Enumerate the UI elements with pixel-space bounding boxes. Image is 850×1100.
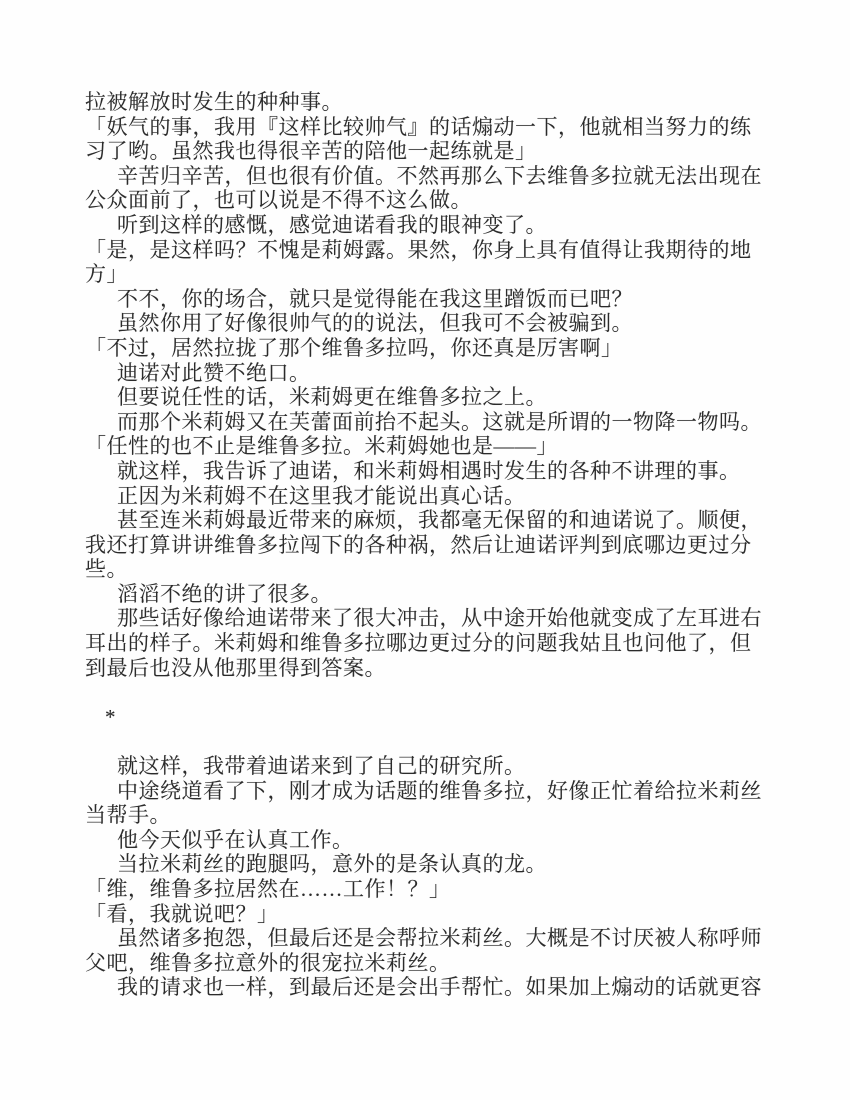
text-line: 不不，你的场合，就只是觉得能在我这里蹭饭而已吧？: [85, 287, 769, 312]
text-line: 方」: [85, 262, 769, 287]
text-line: 而那个米莉姆又在芙蕾面前抬不起头。这就是所谓的一物降一物吗。: [85, 410, 769, 435]
text-line: 「看，我就说吧？」: [85, 902, 769, 927]
text-line: 父吧，维鲁多拉意外的很宠拉米莉丝。: [85, 951, 769, 976]
text-line: 到最后也没从他那里得到答案。: [85, 656, 769, 681]
text-line: 当帮手。: [85, 803, 769, 828]
text-line: 就这样，我告诉了迪诺，和米莉姆相遇时发生的各种不讲理的事。: [85, 459, 769, 484]
text-line: 习了哟。虽然我也得很辛苦的陪他一起练就是」: [85, 139, 769, 164]
text-line: 我还打算讲讲维鲁多拉闯下的各种祸，然后让迪诺评判到底哪边更过分: [85, 533, 769, 558]
text-line: 当拉米莉丝的跑腿吗，意外的是条认真的龙。: [85, 852, 769, 877]
text-line: 「妖气的事，我用『这样比较帅气』的话煽动一下，他就相当努力的练: [85, 115, 769, 140]
page-text: 拉被解放时发生的种种事。「妖气的事，我用『这样比较帅气』的话煽动一下，他就相当努…: [85, 90, 769, 1000]
text-line: 我的请求也一样，到最后还是会出手帮忙。如果加上煽动的话就更容: [85, 975, 769, 1000]
novel-page: 拉被解放时发生的种种事。「妖气的事，我用『这样比较帅气』的话煽动一下，他就相当努…: [0, 0, 850, 1100]
text-line: 虽然诸多抱怨，但最后还是会帮拉米莉丝。大概是不讨厌被人称呼师: [85, 926, 769, 951]
text-line: 公众面前了，也可以说是不得不这么做。: [85, 188, 769, 213]
text-line: 那些话好像给迪诺带来了很大冲击，从中途开始他就变成了左耳进右: [85, 606, 769, 631]
text-line: 拉被解放时发生的种种事。: [85, 90, 769, 115]
text-line: 甚至连米莉姆最近带来的麻烦，我都毫无保留的和迪诺说了。顺便，: [85, 508, 769, 533]
text-line: 「不过，居然拉拢了那个维鲁多拉吗，你还真是厉害啊」: [85, 336, 769, 361]
text-line: 些。: [85, 557, 769, 582]
text-line: 但要说任性的话，米莉姆更在维鲁多拉之上。: [85, 385, 769, 410]
text-line: 听到这样的感慨，感觉迪诺看我的眼神变了。: [85, 213, 769, 238]
text-line: 「是，是这样吗？不愧是莉姆露。果然，你身上具有值得让我期待的地: [85, 238, 769, 263]
text-line: 滔滔不绝的讲了很多。: [85, 582, 769, 607]
text-line: 耳出的样子。米莉姆和维鲁多拉哪边更过分的问题我姑且也问他了，但: [85, 631, 769, 656]
text-line: 正因为米莉姆不在这里我才能说出真心话。: [85, 484, 769, 509]
text-line: 就这样，我带着迪诺来到了自己的研究所。: [85, 754, 769, 779]
text-line: 「任性的也不止是维鲁多拉。米莉姆她也是——」: [85, 434, 769, 459]
text-line: 迪诺对此赞不绝口。: [85, 361, 769, 386]
text-line: 辛苦归辛苦，但也很有价值。不然再那么下去维鲁多拉就无法出现在: [85, 164, 769, 189]
text-line: 他今天似乎在认真工作。: [85, 828, 769, 853]
text-line: 中途绕道看了下，刚才成为话题的维鲁多拉，好像正忙着给拉米莉丝: [85, 779, 769, 804]
text-line: 虽然你用了好像很帅气的的说法，但我可不会被骗到。: [85, 311, 769, 336]
text-line: 「维，维鲁多拉居然在……工作！？」: [85, 877, 769, 902]
section-separator: *: [85, 705, 769, 730]
